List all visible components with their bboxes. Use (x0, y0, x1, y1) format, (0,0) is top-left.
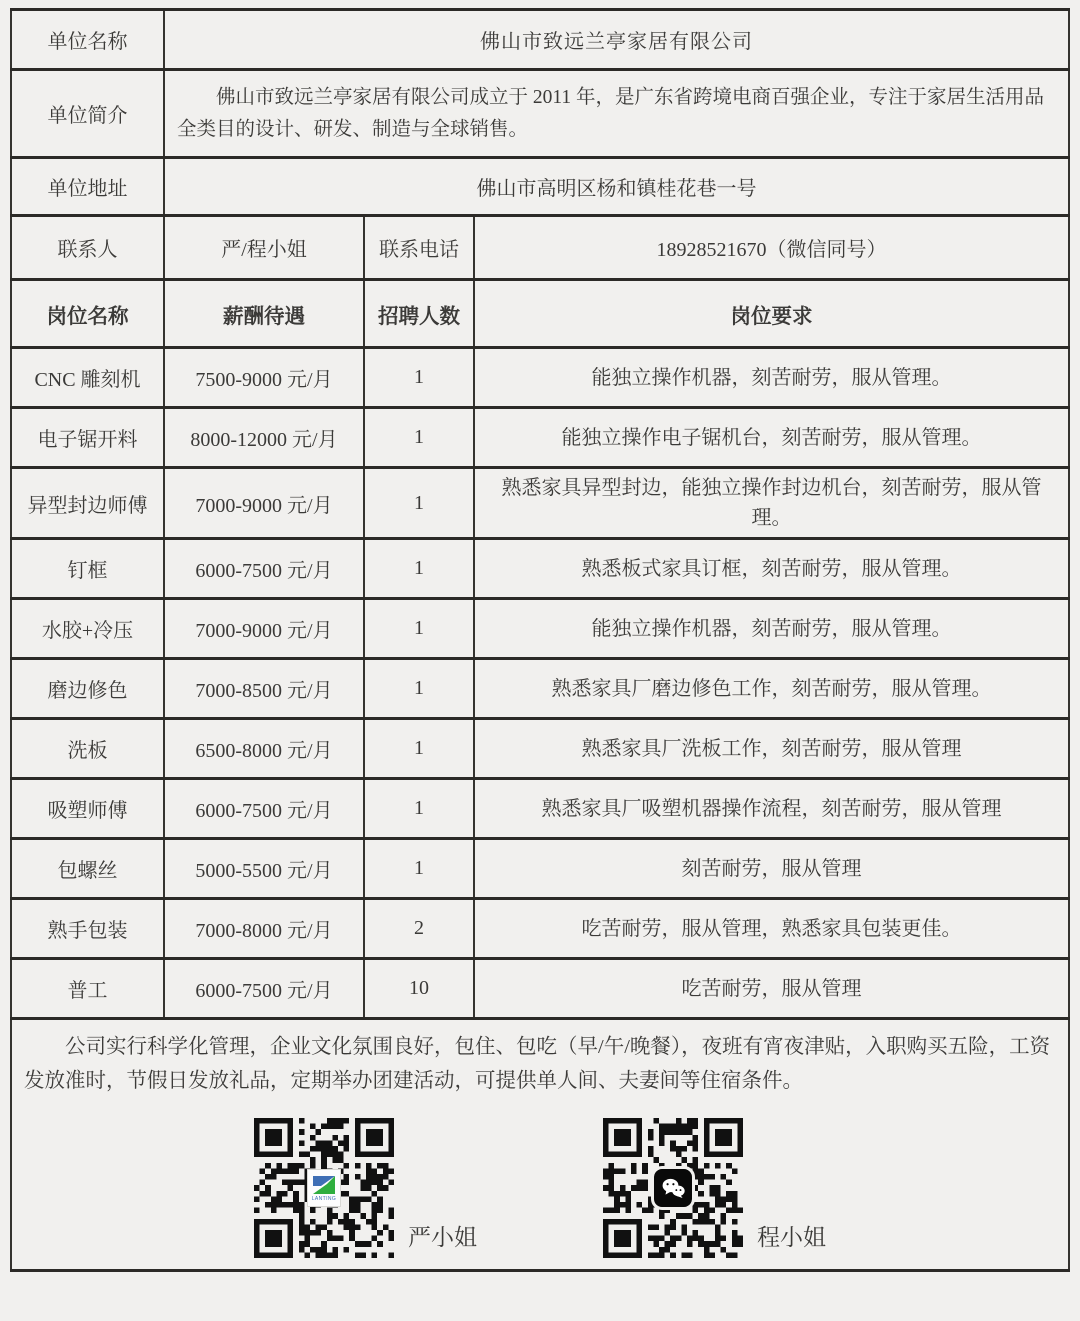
job-headcount-cell: 1 (364, 779, 474, 839)
jobs-header-requirements: 岗位要求 (474, 280, 1069, 348)
job-title-cell: CNC 雕刻机 (11, 348, 164, 408)
lanting-logo-icon: LANTING (307, 1169, 341, 1207)
wechat-logo-icon (654, 1169, 692, 1207)
qr-code-cheng (603, 1118, 743, 1258)
company-intro-cell: 佛山市致远兰亭家居有限公司成立于 2011 年，是广东省跨境电商百强企业，专注于… (164, 70, 1069, 158)
job-salary-cell: 6000-7500 元/月 (164, 959, 364, 1019)
job-row: 吸塑师傅6000-7500 元/月1熟悉家具厂吸塑机器操作流程，刻苦耐劳，服从管… (11, 779, 1069, 839)
job-title-cell: 钉框 (11, 539, 164, 599)
job-headcount-cell: 1 (364, 468, 474, 539)
recruitment-table: 单位名称 佛山市致远兰亭家居有限公司 单位简介 佛山市致远兰亭家居有限公司成立于… (10, 8, 1070, 1272)
job-requirements-cell: 熟悉家具厂磨边修色工作，刻苦耐劳，服从管理。 (474, 659, 1069, 719)
job-requirements-cell: 吃苦耐劳，服从管理，熟悉家具包装更佳。 (474, 899, 1069, 959)
job-row: 磨边修色7000-8500 元/月1熟悉家具厂磨边修色工作，刻苦耐劳，服从管理。 (11, 659, 1069, 719)
company-name-label: 单位名称 (11, 10, 164, 70)
job-title-cell: 洗板 (11, 719, 164, 779)
footer-cell: 公司实行科学化管理，企业文化氛围良好，包住、包吃（早/午/晚餐），夜班有宵夜津贴… (11, 1019, 1069, 1271)
company-intro-label: 单位简介 (11, 70, 164, 158)
job-title-cell: 异型封边师傅 (11, 468, 164, 539)
contact-value: 严/程小姐 (164, 216, 364, 280)
job-title-cell: 磨边修色 (11, 659, 164, 719)
job-salary-cell: 7000-8000 元/月 (164, 899, 364, 959)
job-requirements-cell: 刻苦耐劳，服从管理 (474, 839, 1069, 899)
qr-area: LANTING 严小姐 (24, 1118, 1056, 1258)
qr-item-yan: LANTING 严小姐 (254, 1118, 477, 1258)
job-salary-cell: 6000-7500 元/月 (164, 539, 364, 599)
job-title-cell: 吸塑师傅 (11, 779, 164, 839)
qr-item-cheng: 程小姐 (603, 1118, 826, 1258)
job-requirements-cell: 熟悉家具厂洗板工作，刻苦耐劳，服从管理 (474, 719, 1069, 779)
company-name-row: 单位名称 佛山市致远兰亭家居有限公司 (11, 10, 1069, 70)
job-row: 洗板6500-8000 元/月1熟悉家具厂洗板工作，刻苦耐劳，服从管理 (11, 719, 1069, 779)
lanting-logo-glyph (312, 1174, 336, 1196)
company-intro-text: 佛山市致远兰亭家居有限公司成立于 2011 年，是广东省跨境电商百强企业，专注于… (177, 82, 1056, 144)
job-title-cell: 熟手包装 (11, 899, 164, 959)
jobs-header-title: 岗位名称 (11, 280, 164, 348)
company-intro-row: 单位简介 佛山市致远兰亭家居有限公司成立于 2011 年，是广东省跨境电商百强企… (11, 70, 1069, 158)
job-requirements-cell: 熟悉家具厂吸塑机器操作流程，刻苦耐劳，服从管理 (474, 779, 1069, 839)
job-title-cell: 包螺丝 (11, 839, 164, 899)
job-requirements-cell: 能独立操作机器，刻苦耐劳，服从管理。 (474, 348, 1069, 408)
job-requirements-cell: 能独立操作机器，刻苦耐劳，服从管理。 (474, 599, 1069, 659)
job-headcount-cell: 1 (364, 539, 474, 599)
job-row: 钉框6000-7500 元/月1熟悉板式家具订框，刻苦耐劳，服从管理。 (11, 539, 1069, 599)
wechat-logo-glyph (658, 1173, 688, 1203)
job-salary-cell: 7000-9000 元/月 (164, 468, 364, 539)
footer-row: 公司实行科学化管理，企业文化氛围良好，包住、包吃（早/午/晚餐），夜班有宵夜津贴… (11, 1019, 1069, 1271)
job-row: 包螺丝5000-5500 元/月1刻苦耐劳，服从管理 (11, 839, 1069, 899)
job-salary-cell: 5000-5500 元/月 (164, 839, 364, 899)
job-headcount-cell: 10 (364, 959, 474, 1019)
job-requirements-cell: 吃苦耐劳，服从管理 (474, 959, 1069, 1019)
job-title-cell: 电子锯开料 (11, 408, 164, 468)
company-name-value: 佛山市致远兰亭家居有限公司 (164, 10, 1069, 70)
lanting-logo-text: LANTING (312, 1197, 336, 1202)
job-headcount-cell: 1 (364, 719, 474, 779)
welfare-text: 公司实行科学化管理，企业文化氛围良好，包住、包吃（早/午/晚餐），夜班有宵夜津贴… (24, 1031, 1056, 1097)
job-row: 熟手包装7000-8000 元/月2吃苦耐劳，服从管理，熟悉家具包装更佳。 (11, 899, 1069, 959)
job-rows: CNC 雕刻机7500-9000 元/月1能独立操作机器，刻苦耐劳，服从管理。电… (11, 348, 1069, 1019)
job-title-cell: 普工 (11, 959, 164, 1019)
job-requirements-cell: 熟悉板式家具订框，刻苦耐劳，服从管理。 (474, 539, 1069, 599)
qr-code-yan: LANTING (254, 1118, 394, 1258)
job-salary-cell: 7000-8500 元/月 (164, 659, 364, 719)
jobs-header-headcount: 招聘人数 (364, 280, 474, 348)
phone-value: 18928521670（微信同号） (474, 216, 1069, 280)
job-salary-cell: 8000-12000 元/月 (164, 408, 364, 468)
job-row: 异型封边师傅7000-9000 元/月1熟悉家具异型封边，能独立操作封边机台，刻… (11, 468, 1069, 539)
qr-label-cheng: 程小姐 (757, 1219, 826, 1258)
job-row: 电子锯开料8000-12000 元/月1能独立操作电子锯机台，刻苦耐劳，服从管理… (11, 408, 1069, 468)
job-requirements-cell: 熟悉家具异型封边，能独立操作封边机台，刻苦耐劳，服从管理。 (474, 468, 1069, 539)
job-headcount-cell: 1 (364, 839, 474, 899)
company-address-value: 佛山市高明区杨和镇桂花巷一号 (164, 158, 1069, 216)
contact-row: 联系人 严/程小姐 联系电话 18928521670（微信同号） (11, 216, 1069, 280)
job-row: 普工6000-7500 元/月10吃苦耐劳，服从管理 (11, 959, 1069, 1019)
qr-label-yan: 严小姐 (408, 1219, 477, 1258)
company-address-row: 单位地址 佛山市高明区杨和镇桂花巷一号 (11, 158, 1069, 216)
job-salary-cell: 7000-9000 元/月 (164, 599, 364, 659)
contact-label: 联系人 (11, 216, 164, 280)
job-headcount-cell: 2 (364, 899, 474, 959)
recruitment-flyer: 单位名称 佛山市致远兰亭家居有限公司 单位简介 佛山市致远兰亭家居有限公司成立于… (0, 0, 1080, 1321)
job-requirements-cell: 能独立操作电子锯机台，刻苦耐劳，服从管理。 (474, 408, 1069, 468)
job-salary-cell: 6500-8000 元/月 (164, 719, 364, 779)
company-address-label: 单位地址 (11, 158, 164, 216)
jobs-header-row: 岗位名称 薪酬待遇 招聘人数 岗位要求 (11, 280, 1069, 348)
jobs-header-salary: 薪酬待遇 (164, 280, 364, 348)
job-salary-cell: 6000-7500 元/月 (164, 779, 364, 839)
job-headcount-cell: 1 (364, 599, 474, 659)
job-headcount-cell: 1 (364, 408, 474, 468)
job-title-cell: 水胶+冷压 (11, 599, 164, 659)
job-headcount-cell: 1 (364, 348, 474, 408)
job-salary-cell: 7500-9000 元/月 (164, 348, 364, 408)
job-row: CNC 雕刻机7500-9000 元/月1能独立操作机器，刻苦耐劳，服从管理。 (11, 348, 1069, 408)
job-headcount-cell: 1 (364, 659, 474, 719)
job-row: 水胶+冷压7000-9000 元/月1能独立操作机器，刻苦耐劳，服从管理。 (11, 599, 1069, 659)
phone-label: 联系电话 (364, 216, 474, 280)
